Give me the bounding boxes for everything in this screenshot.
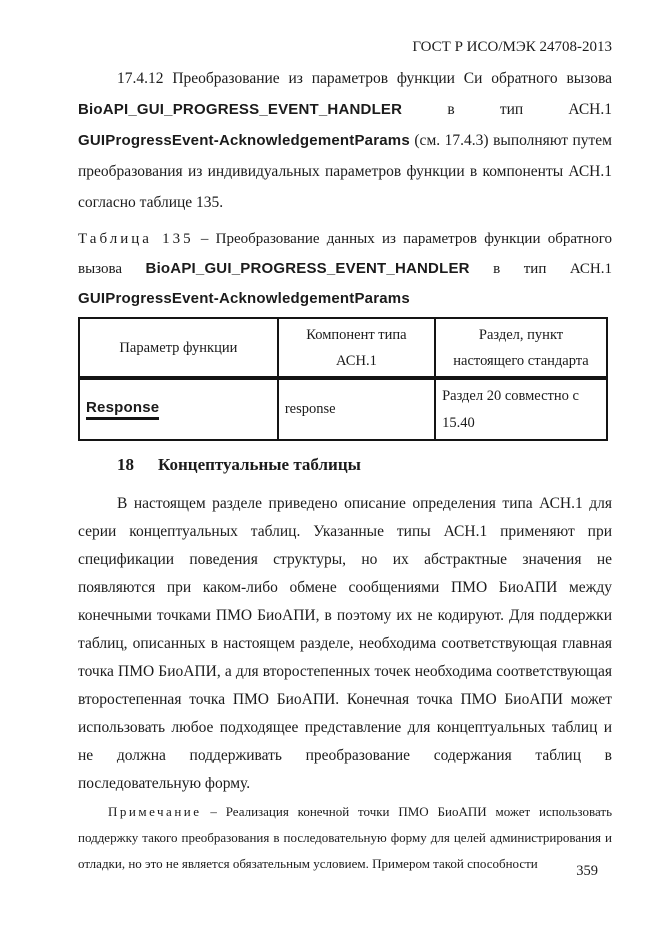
note-paragraph: Примечание – Реализация конечной точки П… xyxy=(78,799,612,877)
code-identifier: GUIProgressEvent-AcknowledgementParams xyxy=(78,132,410,149)
parameter-name: Response xyxy=(86,399,159,420)
caption-text: в тип АСН.1 xyxy=(470,261,612,277)
section-18-heading: 18Концептуальные таблицы xyxy=(78,454,612,476)
table-caption-label: Таблица 135 xyxy=(78,231,194,247)
cell-asn1-component: response xyxy=(278,378,435,440)
column-header-standard-section: Раздел, пункт настоящего стандарта xyxy=(435,318,607,378)
page-number: 359 xyxy=(576,862,598,880)
code-identifier: BioAPI_GUI_PROGRESS_EVENT_HANDLER xyxy=(146,260,470,277)
page-content: ГОСТ Р ИСО/МЭК 24708-2013 17.4.12 Преобр… xyxy=(78,0,612,877)
code-identifier: BioAPI_GUI_PROGRESS_EVENT_HANDLER xyxy=(78,101,402,118)
table-135: Параметр функции Компонент типа АСН.1 Ра… xyxy=(78,317,608,441)
table-row: Response response Раздел 20 совместно с … xyxy=(79,378,607,440)
table-caption: Таблица 135 – Преобразование данных из п… xyxy=(78,225,612,314)
cell-function-parameter: Response xyxy=(79,378,278,440)
section-number: 18 xyxy=(117,455,134,474)
running-header: ГОСТ Р ИСО/МЭК 24708-2013 xyxy=(78,38,612,56)
table-135-header: Параметр функции Компонент типа АСН.1 Ра… xyxy=(79,318,607,378)
table-135-body: Response response Раздел 20 совместно с … xyxy=(79,378,607,440)
cell-standard-section: Раздел 20 совместно с 15.40 xyxy=(435,378,607,440)
column-header-asn1-component: Компонент типа АСН.1 xyxy=(278,318,435,378)
document-page: ГОСТ Р ИСО/МЭК 24708-2013 17.4.12 Преобр… xyxy=(0,0,662,935)
paragraph-17-4-12: 17.4.12 Преобразование из параметров фун… xyxy=(78,63,612,218)
code-identifier: GUIProgressEvent-AcknowledgementParams xyxy=(78,290,410,307)
column-header-function-parameter: Параметр функции xyxy=(79,318,278,378)
table-header-row: Параметр функции Компонент типа АСН.1 Ра… xyxy=(79,318,607,378)
paragraph-text: 17.4.12 Преобразование из параметров фун… xyxy=(117,70,612,87)
paragraph-text: в тип АСН.1 xyxy=(402,101,612,118)
section-title: Концептуальные таблицы xyxy=(158,455,361,474)
note-label: Примечание xyxy=(108,804,202,819)
section-18-paragraph: В настоящем разделе приведено описание о… xyxy=(78,490,612,798)
